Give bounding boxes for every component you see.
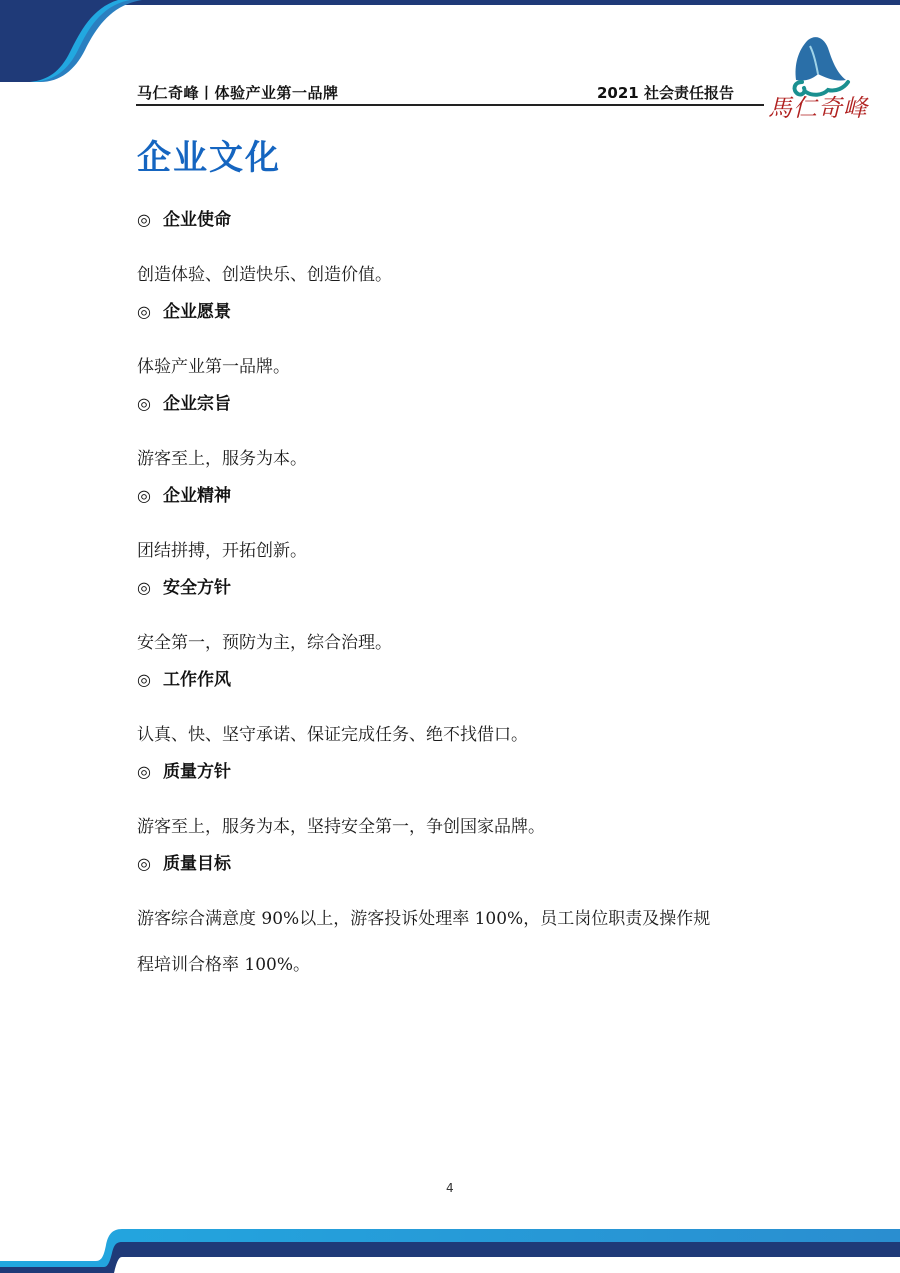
section-body: 团结拼搏，开拓创新。 bbox=[137, 528, 777, 574]
double-circle-bullet-icon: ◎ bbox=[137, 204, 163, 236]
double-circle-bullet-icon: ◎ bbox=[137, 388, 163, 420]
section-quality-goals: ◎质量目标 游客综合满意度 90%以上，游客投诉处理率 100%，员工岗位职责及… bbox=[137, 848, 777, 988]
double-circle-bullet-icon: ◎ bbox=[137, 572, 163, 604]
section-body: 安全第一，预防为主，综合治理。 bbox=[137, 620, 777, 666]
double-circle-bullet-icon: ◎ bbox=[137, 664, 163, 696]
section-body: 游客至上，服务为本。 bbox=[137, 436, 777, 482]
double-circle-bullet-icon: ◎ bbox=[137, 296, 163, 328]
section-spirit: ◎企业精神 团结拼搏，开拓创新。 bbox=[137, 480, 777, 574]
section-body: 游客综合满意度 90%以上，游客投诉处理率 100%，员工岗位职责及操作规 程培… bbox=[137, 896, 777, 988]
double-circle-bullet-icon: ◎ bbox=[137, 480, 163, 512]
footer-wave-decoration bbox=[0, 1225, 900, 1273]
section-quality-policy: ◎质量方针 游客至上，服务为本，坚持安全第一，争创国家品牌。 bbox=[137, 756, 777, 850]
section-body: 认真、快、坚守承诺、保证完成任务、绝不找借口。 bbox=[137, 712, 777, 758]
section-heading: ◎质量方针 bbox=[137, 756, 777, 788]
section-heading: ◎工作作风 bbox=[137, 664, 777, 696]
double-circle-bullet-icon: ◎ bbox=[137, 848, 163, 880]
section-heading: ◎企业精神 bbox=[137, 480, 777, 512]
header-divider bbox=[136, 104, 764, 106]
double-circle-bullet-icon: ◎ bbox=[137, 756, 163, 788]
section-body: 游客至上，服务为本，坚持安全第一，争创国家品牌。 bbox=[137, 804, 777, 850]
page-title: 企业文化 bbox=[137, 130, 281, 179]
section-mission: ◎企业使命 创造体验、创造快乐、创造价值。 bbox=[137, 204, 777, 298]
page-number: 4 bbox=[446, 1181, 454, 1195]
section-work-style: ◎工作作风 认真、快、坚守承诺、保证完成任务、绝不找借口。 bbox=[137, 664, 777, 758]
section-heading: ◎企业使命 bbox=[137, 204, 777, 236]
header-report-slogan: 马仁奇峰丨体验产业第一品牌 bbox=[137, 82, 339, 103]
section-heading: ◎安全方针 bbox=[137, 572, 777, 604]
header-report-title: 2021 社会责任报告 bbox=[597, 82, 734, 103]
section-body: 体验产业第一品牌。 bbox=[137, 344, 777, 390]
section-heading: ◎企业愿景 bbox=[137, 296, 777, 328]
culture-sections: ◎企业使命 创造体验、创造快乐、创造价值。 ◎企业愿景 体验产业第一品牌。 ◎企… bbox=[137, 204, 777, 986]
header-corner-decoration bbox=[0, 0, 160, 90]
section-purpose: ◎企业宗旨 游客至上，服务为本。 bbox=[137, 388, 777, 482]
section-heading: ◎质量目标 bbox=[137, 848, 777, 880]
section-vision: ◎企业愿景 体验产业第一品牌。 bbox=[137, 296, 777, 390]
section-body: 创造体验、创造快乐、创造价值。 bbox=[137, 252, 777, 298]
section-heading: ◎企业宗旨 bbox=[137, 388, 777, 420]
logo-text: 馬仁奇峰 bbox=[768, 88, 868, 123]
section-safety-policy: ◎安全方针 安全第一，预防为主，综合治理。 bbox=[137, 572, 777, 666]
